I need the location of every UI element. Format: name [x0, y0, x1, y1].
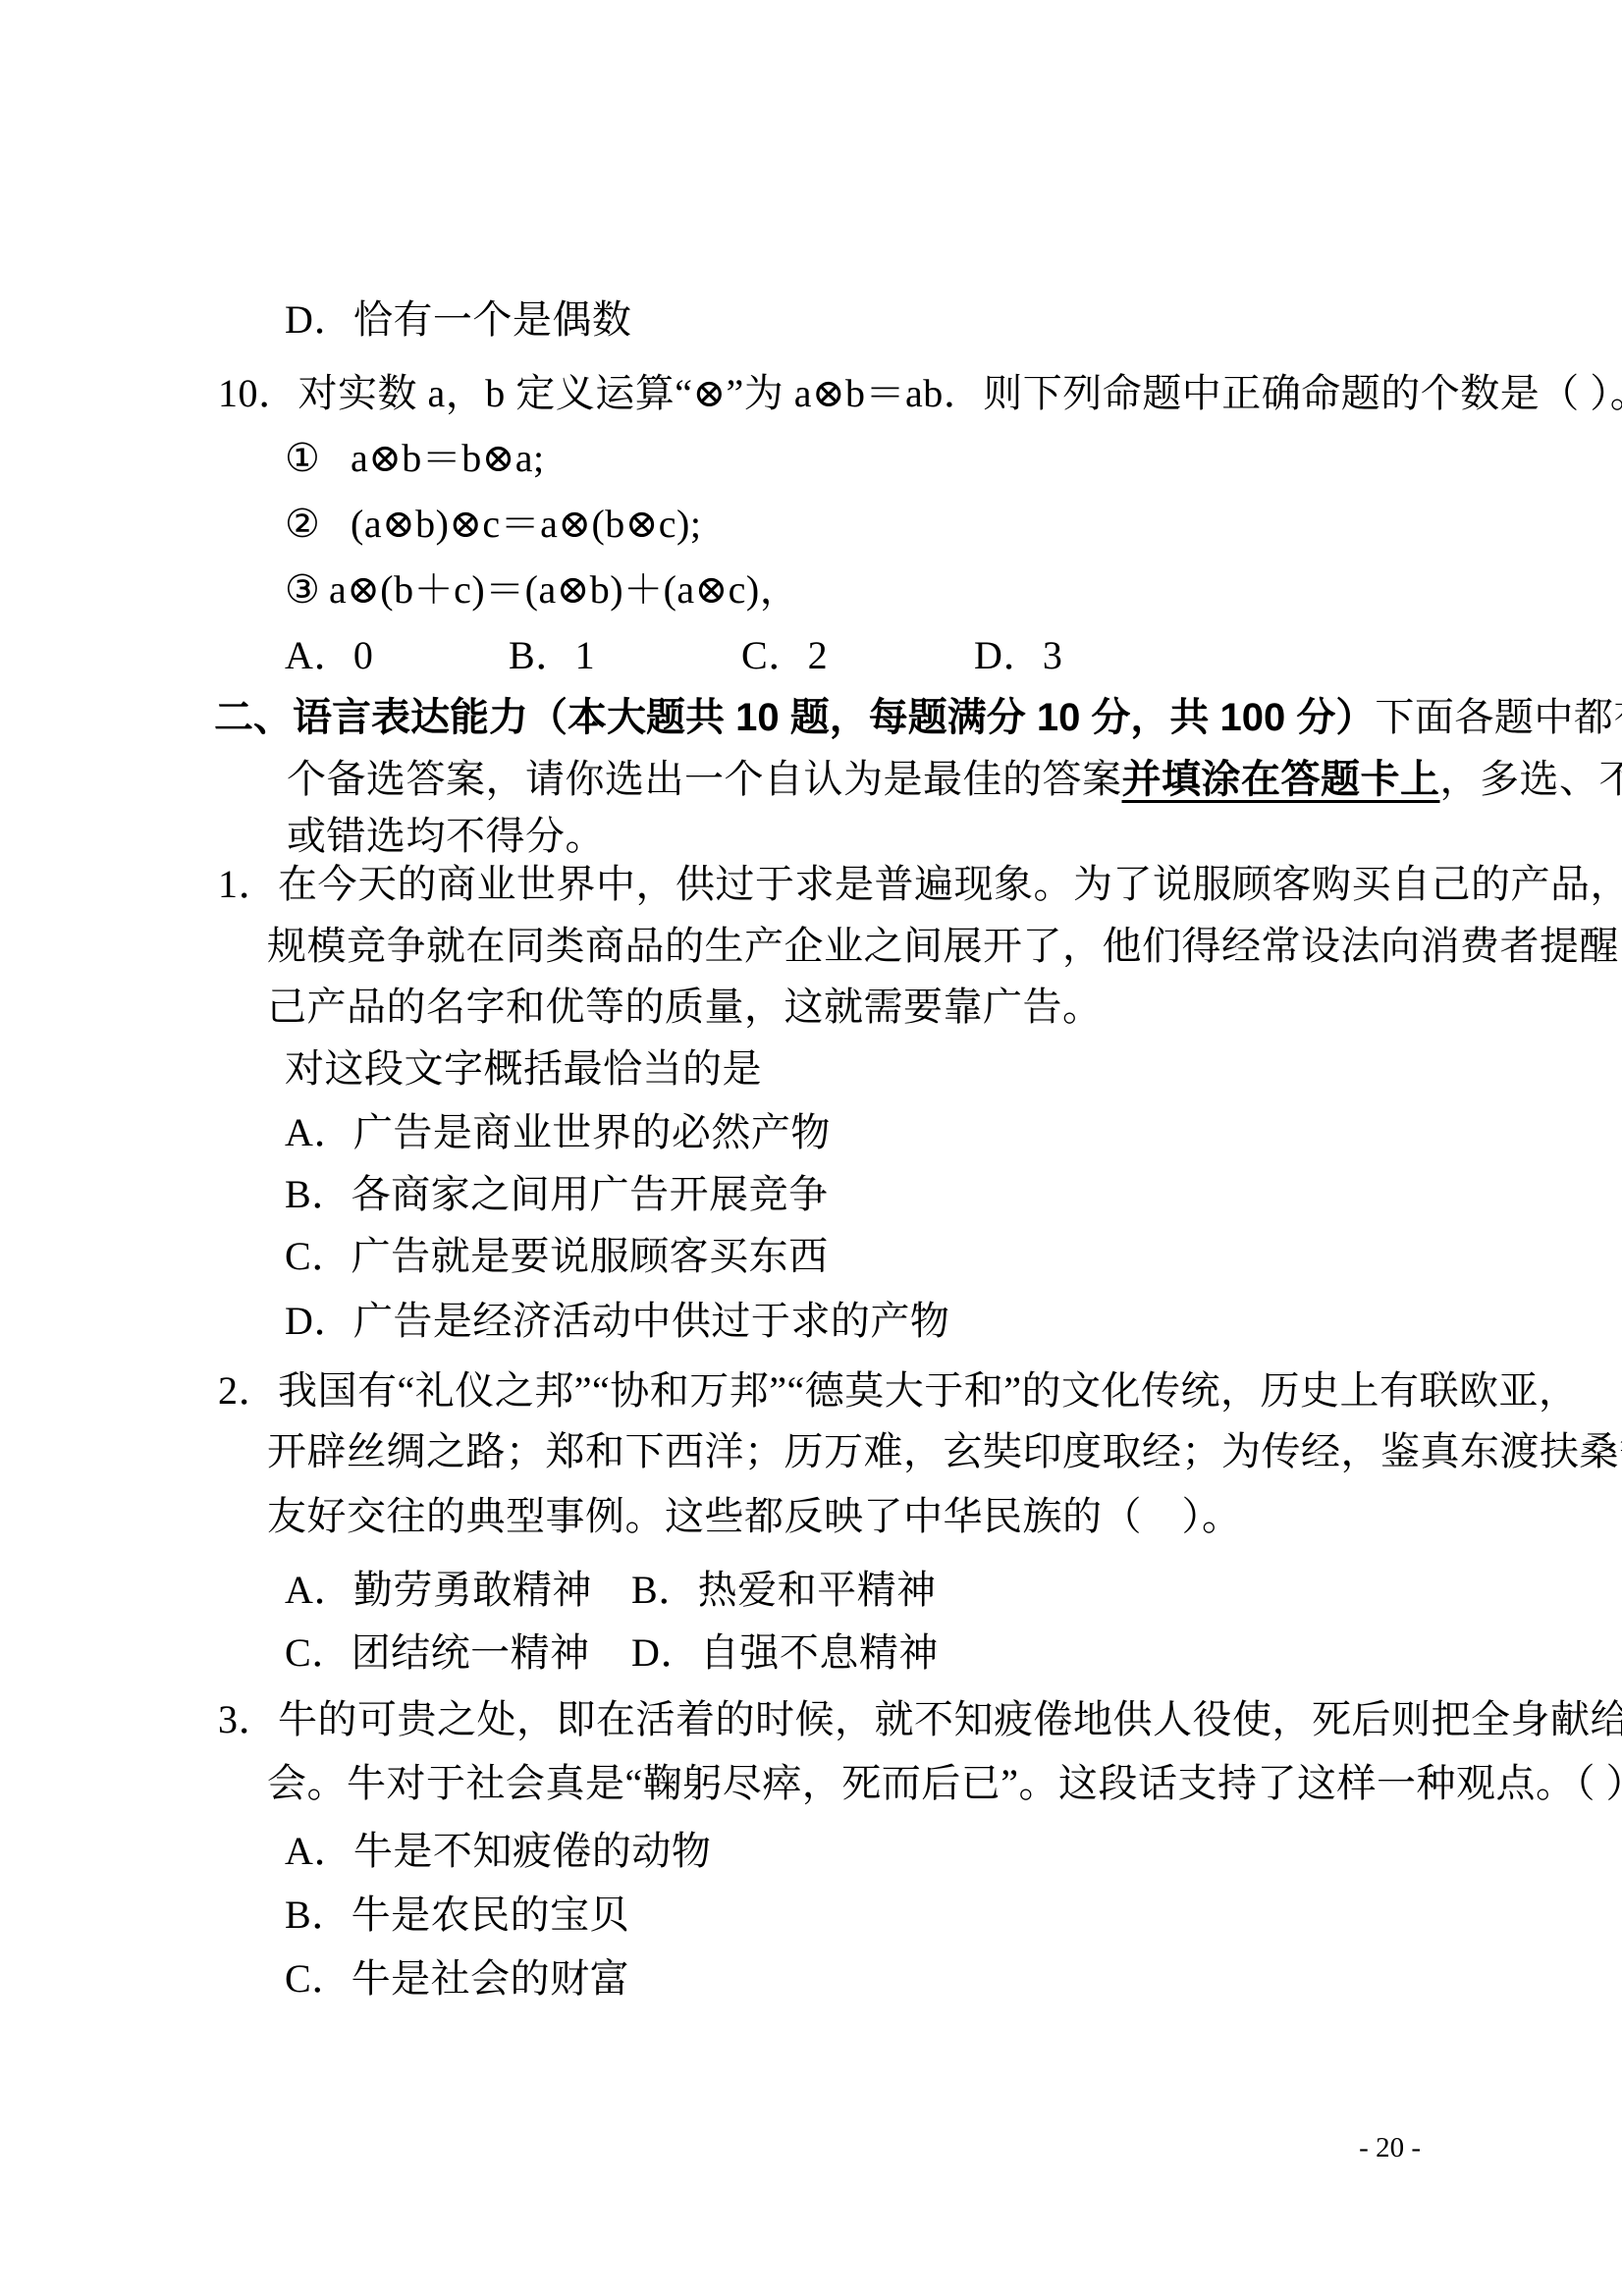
text-segment: 规模竞争就在同类商品的生产企业之间展开了，他们得经常设法向消费者提醒自 — [267, 924, 1622, 968]
text-segment: 会。牛对于社会真是“鞠躬尽瘁，死而后已”。这段话支持了这样一种观点。（ ） — [267, 1761, 1622, 1805]
text-segment: C．广告就是要说服顾客买东西 — [285, 1234, 829, 1278]
text-segment: 3．牛的可贵之处，即在活着的时候，就不知疲倦地供人役使，死后则把全身献给社 — [218, 1697, 1622, 1741]
text-segment: C．牛是社会的财富 — [285, 1956, 629, 2001]
q10-options-row: A．0B．1C．2D．3 — [285, 633, 1062, 678]
q10-item-1: ①a⊗b＝b⊗a; — [285, 436, 545, 481]
section2-header-line2: 个备选答案，请你选出一个自认为是最佳的答案并填涂在答题卡上，多选、不选 — [287, 757, 1622, 802]
text-segment: B．各商家之间用广告开展竞争 — [285, 1172, 829, 1216]
q3-stem-line2: 会。牛对于社会真是“鞠躬尽瘁，死而后已”。这段话支持了这样一种观点。（ ） — [267, 1761, 1622, 1806]
text-segment: ① — [285, 436, 351, 481]
q1-stem-line1: 1．在今天的商业世界中，供过于求是普遍现象。为了说服顾客购买自己的产品，大 — [218, 862, 1622, 907]
text-segment: C．团结统一精神 — [285, 1630, 631, 1676]
q2-options-cd: C．团结统一精神D．自强不息精神 — [285, 1630, 939, 1676]
section2-header-line3: 或错选均不得分。 — [287, 814, 605, 859]
text-segment: 10．对实数 a，b 定义运算“⊗”为 a⊗b＝ab．则下列命题中正确命题的个数… — [218, 371, 1622, 415]
text-segment: a⊗(b＋c)＝(a⊗b)＋(a⊗c)， — [329, 567, 799, 612]
text-segment: 2．我国有“礼仪之邦”“协和万邦”“德莫大于和”的文化传统，历史上有联欧亚， — [218, 1368, 1579, 1413]
page-number: - 20 - — [1359, 2132, 1421, 2163]
text-segment: A．0 — [285, 633, 509, 678]
q1-option-a: A．广告是商业世界的必然产物 — [285, 1110, 831, 1155]
q3-option-b: B．牛是农民的宝贝 — [285, 1893, 629, 1938]
text-segment: 己产品的名字和优等的质量，这就需要靠广告。 — [267, 985, 1103, 1029]
text-segment: 1．在今天的商业世界中，供过于求是普遍现象。为了说服顾客购买自己的产品，大 — [218, 862, 1622, 906]
q2-options-ab: A．勤劳勇敢精神B．热爱和平精神 — [285, 1568, 937, 1613]
text-segment: D．自强不息精神 — [631, 1630, 939, 1675]
text-segment: 下面各题中都有 4 — [1375, 695, 1622, 739]
q2-stem-line3: 友好交往的典型事例。这些都反映了中华民族的（ ）。 — [267, 1494, 1242, 1539]
text-segment: 友好交往的典型事例。这些都反映了中华民族的（ ）。 — [267, 1494, 1242, 1538]
text-segment: A．勤劳勇敢精神 — [285, 1568, 631, 1613]
text-segment: B．1 — [509, 633, 741, 678]
q10-stem: 10．对实数 a，b 定义运算“⊗”为 a⊗b＝ab．则下列命题中正确命题的个数… — [218, 371, 1622, 416]
q2-stem-line1: 2．我国有“礼仪之邦”“协和万邦”“德莫大于和”的文化传统，历史上有联欧亚， — [218, 1368, 1579, 1414]
text-segment: D．3 — [974, 633, 1062, 677]
text-segment: 二、语言表达能力（本大题共 10 题，每题满分 10 分，共 100 分） — [214, 696, 1375, 739]
q1-option-b: B．各商家之间用广告开展竞争 — [285, 1172, 829, 1217]
text-segment: 或错选均不得分。 — [287, 814, 605, 858]
text-segment: ③ — [285, 567, 329, 613]
text-segment: B．热爱和平精神 — [631, 1568, 937, 1612]
exam-page: - 20 - D．恰有一个是偶数10．对实数 a，b 定义运算“⊗”为 a⊗b＝… — [0, 0, 1622, 2296]
text-segment: (a⊗b)⊗c＝a⊗(b⊗c); — [351, 502, 701, 546]
text-segment: 并填涂在答题卡上 — [1122, 757, 1440, 801]
q9-option-d: D．恰有一个是偶数 — [285, 297, 631, 343]
q3-option-a: A．牛是不知疲倦的动物 — [285, 1829, 711, 1874]
text-segment: D．广告是经济活动中供过于求的产物 — [285, 1299, 949, 1343]
q10-item-2: ②(a⊗b)⊗c＝a⊗(b⊗c); — [285, 502, 701, 547]
q2-stem-line2: 开辟丝绸之路；郑和下西洋；历万难，玄奘印度取经；为传经，鉴真东渡扶桑等 — [267, 1429, 1622, 1474]
q1-stem-line3: 己产品的名字和优等的质量，这就需要靠广告。 — [267, 985, 1103, 1030]
section2-header-line1: 二、语言表达能力（本大题共 10 题，每题满分 10 分，共 100 分）下面各… — [214, 695, 1622, 740]
q3-option-c: C．牛是社会的财富 — [285, 1956, 629, 2002]
q1-option-d: D．广告是经济活动中供过于求的产物 — [285, 1299, 949, 1344]
q1-prompt: 对这段文字概括最恰当的是 — [285, 1046, 762, 1092]
text-segment: a⊗b＝b⊗a; — [351, 436, 545, 480]
q3-stem-line1: 3．牛的可贵之处，即在活着的时候，就不知疲倦地供人役使，死后则把全身献给社 — [218, 1697, 1622, 1742]
text-segment: D．恰有一个是偶数 — [285, 297, 631, 342]
text-segment: A．广告是商业世界的必然产物 — [285, 1110, 831, 1154]
q1-stem-line2: 规模竞争就在同类商品的生产企业之间展开了，他们得经常设法向消费者提醒自 — [267, 924, 1622, 969]
text-segment: ，多选、不选 — [1440, 757, 1622, 801]
text-segment: 对这段文字概括最恰当的是 — [285, 1046, 762, 1091]
text-segment: B．牛是农民的宝贝 — [285, 1893, 629, 1937]
q10-item-3: ③a⊗(b＋c)＝(a⊗b)＋(a⊗c)， — [285, 567, 799, 613]
text-segment: C．2 — [741, 633, 974, 678]
text-segment: ② — [285, 502, 351, 547]
text-segment: A．牛是不知疲倦的动物 — [285, 1829, 711, 1873]
text-segment: 个备选答案，请你选出一个自认为是最佳的答案 — [287, 757, 1122, 801]
text-segment: 开辟丝绸之路；郑和下西洋；历万难，玄奘印度取经；为传经，鉴真东渡扶桑等 — [267, 1429, 1622, 1473]
q1-option-c: C．广告就是要说服顾客买东西 — [285, 1234, 829, 1279]
